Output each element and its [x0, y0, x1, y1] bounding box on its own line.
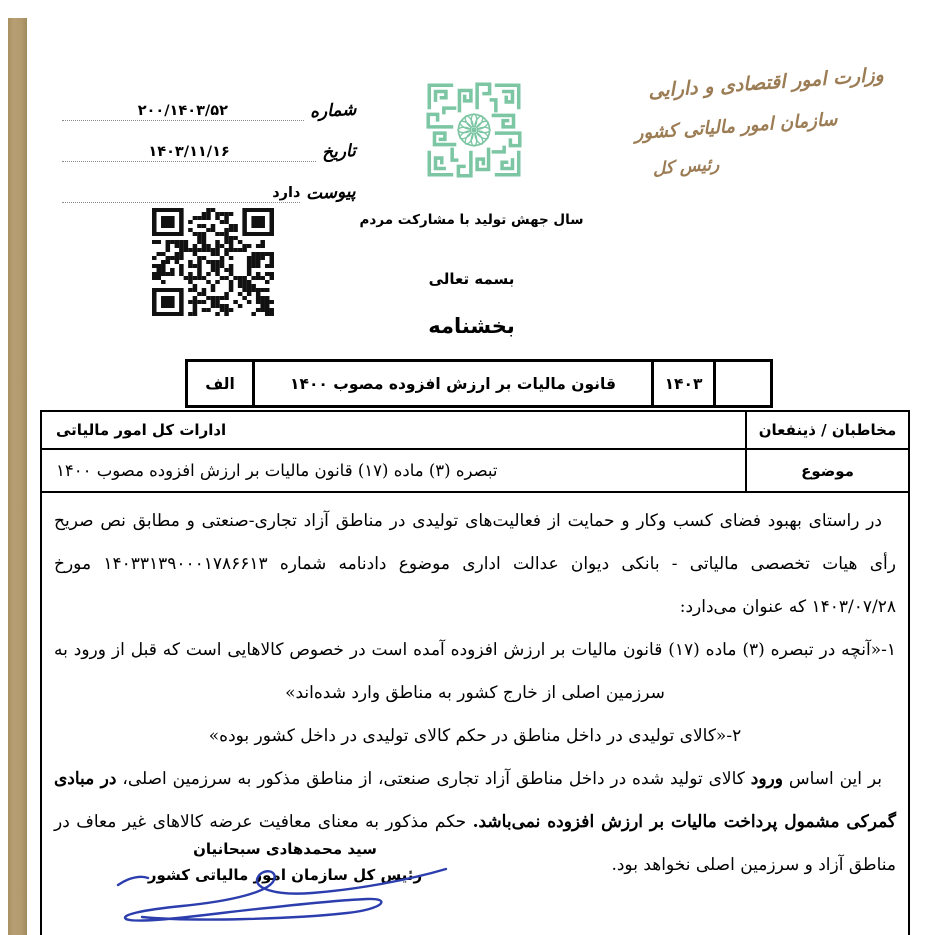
body-paragraph-intro: در راستای بهبود فضای کسب وکار و حمایت از… — [54, 500, 896, 629]
subject-value: تبصره (۳) ماده (۱۷) قانون مالیات بر ارزش… — [42, 450, 745, 491]
ministry-name: وزارت امور اقتصادی و دارایی — [601, 61, 932, 106]
date-label: تاریخ — [316, 141, 361, 163]
number-value: ۲۰۰/۱۴۰۳/۵۲ — [138, 103, 228, 119]
date-dotted-line: ۱۴۰۳/۱۱/۱۶ — [62, 142, 316, 162]
recipients-value: ادارات کل امور مالیاتی — [42, 412, 745, 448]
organization-name: سازمان امور مالیاتی کشور — [601, 107, 872, 147]
classification-law-title-cell: قانون مالیات بر ارزش افزوده مصوب ۱۴۰۰ — [252, 362, 651, 405]
classification-row: الف قانون مالیات بر ارزش افزوده مصوب ۱۴۰… — [185, 359, 773, 408]
meta-date-row: تاریخ ۱۴۰۳/۱۱/۱۶ — [62, 121, 360, 162]
number-dotted-line: ۲۰۰/۱۴۰۳/۵۲ — [62, 101, 304, 121]
classification-year-cell: ۱۴۰۳ — [651, 362, 713, 405]
ruling-bold-entry: ورود — [751, 769, 783, 789]
signature-ink-scribble — [112, 853, 460, 928]
body-paragraph-item1: ۱-«آنچه در تبصره (۳) ماده (۱۷) قانون مال… — [54, 629, 896, 715]
subject-row: تبصره (۳) ماده (۱۷) قانون مالیات بر ارزش… — [42, 450, 908, 493]
document-type-title: بخشنامه — [0, 314, 943, 338]
meta-number-row: شماره ۲۰۰/۱۴۰۳/۵۲ — [62, 80, 360, 121]
attachment-value: دارد — [272, 185, 300, 201]
scan-binding-strip — [8, 18, 27, 935]
bismillah-text: بسمه تعالی — [0, 270, 943, 288]
classification-empty-cell — [713, 362, 770, 405]
signatory-role: رئیس کل — [601, 151, 772, 183]
recipients-label: مخاطبان / ذینفعان — [745, 412, 908, 448]
ruling-text-1: بر این اساس — [783, 769, 882, 789]
circular-document-page: شماره ۲۰۰/۱۴۰۳/۵۲ تاریخ ۱۴۰۳/۱۱/۱۶ پیوست… — [0, 0, 943, 935]
date-value: ۱۴۰۳/۱۱/۱۶ — [148, 144, 229, 160]
year-slogan: سال جهش تولید با مشارکت مردم — [0, 212, 943, 228]
body-paragraph-item2: ۲-«کالای تولیدی در داخل مناطق در حکم کال… — [54, 715, 896, 758]
ruling-text-2: کالای تولید شده در داخل مناطق آزاد تجاری… — [116, 769, 750, 789]
letterhead-calligraphy: وزارت امور اقتصادی و دارایی سازمان امور … — [601, 72, 931, 177]
classification-category-cell: الف — [188, 362, 252, 405]
meta-attachment-row: پیوست دارد — [62, 162, 360, 203]
number-label: شماره — [303, 100, 360, 123]
document-meta-block: شماره ۲۰۰/۱۴۰۳/۵۲ تاریخ ۱۴۰۳/۱۱/۱۶ پیوست… — [62, 80, 360, 203]
attachment-dotted-line: دارد — [62, 183, 300, 203]
recipients-row: ادارات کل امور مالیاتی مخاطبان / ذینفعان — [42, 412, 908, 450]
tax-administration-emblem-icon — [422, 76, 526, 184]
attachment-label: پیوست — [300, 181, 361, 204]
circular-body-text: در راستای بهبود فضای کسب وکار و حمایت از… — [42, 493, 908, 887]
subject-label: موضوع — [745, 450, 908, 491]
